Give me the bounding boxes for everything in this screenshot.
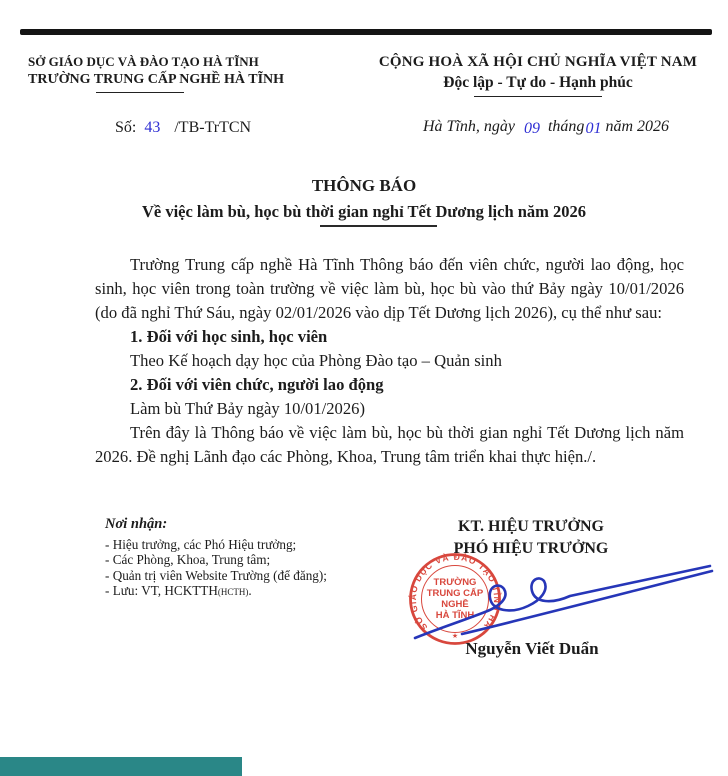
recipient-item: - Quản trị viên Website Trường (để đăng)… <box>105 568 365 583</box>
scan-artifact-bottom-bar <box>0 757 242 776</box>
section-2-title: 2. Đối với viên chức, người lao động <box>95 373 684 397</box>
closing-paragraph: Trên đây là Thông báo về việc làm bù, họ… <box>95 421 684 469</box>
date-day: 09 <box>524 120 540 137</box>
issuing-agency-block: SỞ GIÁO DỤC VÀ ĐÀO TẠO HÀ TĨNH TRƯỜNG TR… <box>28 54 252 93</box>
recipients-block: Nơi nhận: - Hiệu trưởng, các Phó Hiệu tr… <box>105 516 365 601</box>
recipient-item: - Hiệu trưởng, các Phó Hiệu trưởng; <box>105 537 365 552</box>
national-title: CỘNG HOÀ XÃ HỘI CHỦ NGHĨA VIỆT NAM <box>362 54 714 71</box>
subject-underline <box>320 225 437 227</box>
recipient-item: - Các Phòng, Khoa, Trung tâm; <box>105 552 365 567</box>
document-type-heading: THÔNG BÁO <box>0 176 728 196</box>
intro-paragraph: Trường Trung cấp nghề Hà Tĩnh Thông báo … <box>95 253 684 325</box>
document-number: Số:43/TB-TrTCN <box>115 119 251 137</box>
document-number-suffix: /TB-TrTCN <box>174 119 251 136</box>
archive-subscript: (HCTH) <box>218 587 249 597</box>
national-motto: Độc lập - Tự do - Hạnh phúc <box>362 74 714 92</box>
document-title-block: THÔNG BÁO Về việc làm bù, học bù thời gi… <box>0 176 728 222</box>
recipient-item-archive: - Lưu: VT, HCKTTH(HCTH). <box>105 583 365 600</box>
document-page: SỞ GIÁO DỤC VÀ ĐÀO TẠO HÀ TĨNH TRƯỜNG TR… <box>0 0 728 776</box>
date-month: 01 <box>585 120 601 137</box>
signing-title-kt: KT. HIỆU TRƯỞNG <box>366 516 696 538</box>
date-suffix: năm 2026 <box>605 118 669 135</box>
date-middle: tháng <box>548 118 584 135</box>
recipients-label: Nơi nhận: <box>105 516 365 533</box>
date-prefix: Hà Tĩnh, ngày <box>423 118 515 135</box>
national-motto-block: CỘNG HOÀ XÃ HỘI CHỦ NGHĨA VIỆT NAM Độc l… <box>362 54 714 97</box>
document-body: Trường Trung cấp nghề Hà Tĩnh Thông báo … <box>95 253 684 469</box>
section-2-text: Làm bù Thứ Bảy ngày 10/01/2026) <box>95 397 684 421</box>
handwritten-signature <box>400 550 720 650</box>
signer-name: Nguyễn Viết Duẩn <box>382 639 682 659</box>
document-number-value: 43 <box>144 119 160 136</box>
document-subject: Về việc làm bù, học bù thời gian nghỉ Tế… <box>0 202 728 222</box>
section-1-text: Theo Kế hoạch dạy học của Phòng Đào tạo … <box>95 349 684 373</box>
school-name: TRƯỜNG TRUNG CẤP NGHỀ HÀ TĨNH <box>28 72 252 88</box>
section-1-title: 1. Đối với học sinh, học viên <box>95 325 684 349</box>
agency-underline <box>96 92 184 93</box>
parent-agency-name: SỞ GIÁO DỤC VÀ ĐÀO TẠO HÀ TĨNH <box>28 54 252 70</box>
place-and-date: Hà Tĩnh, ngày09tháng01năm 2026 <box>376 118 716 136</box>
document-number-label: Số: <box>115 119 136 136</box>
scan-artifact-top-bar <box>20 29 712 35</box>
motto-underline <box>474 96 602 97</box>
